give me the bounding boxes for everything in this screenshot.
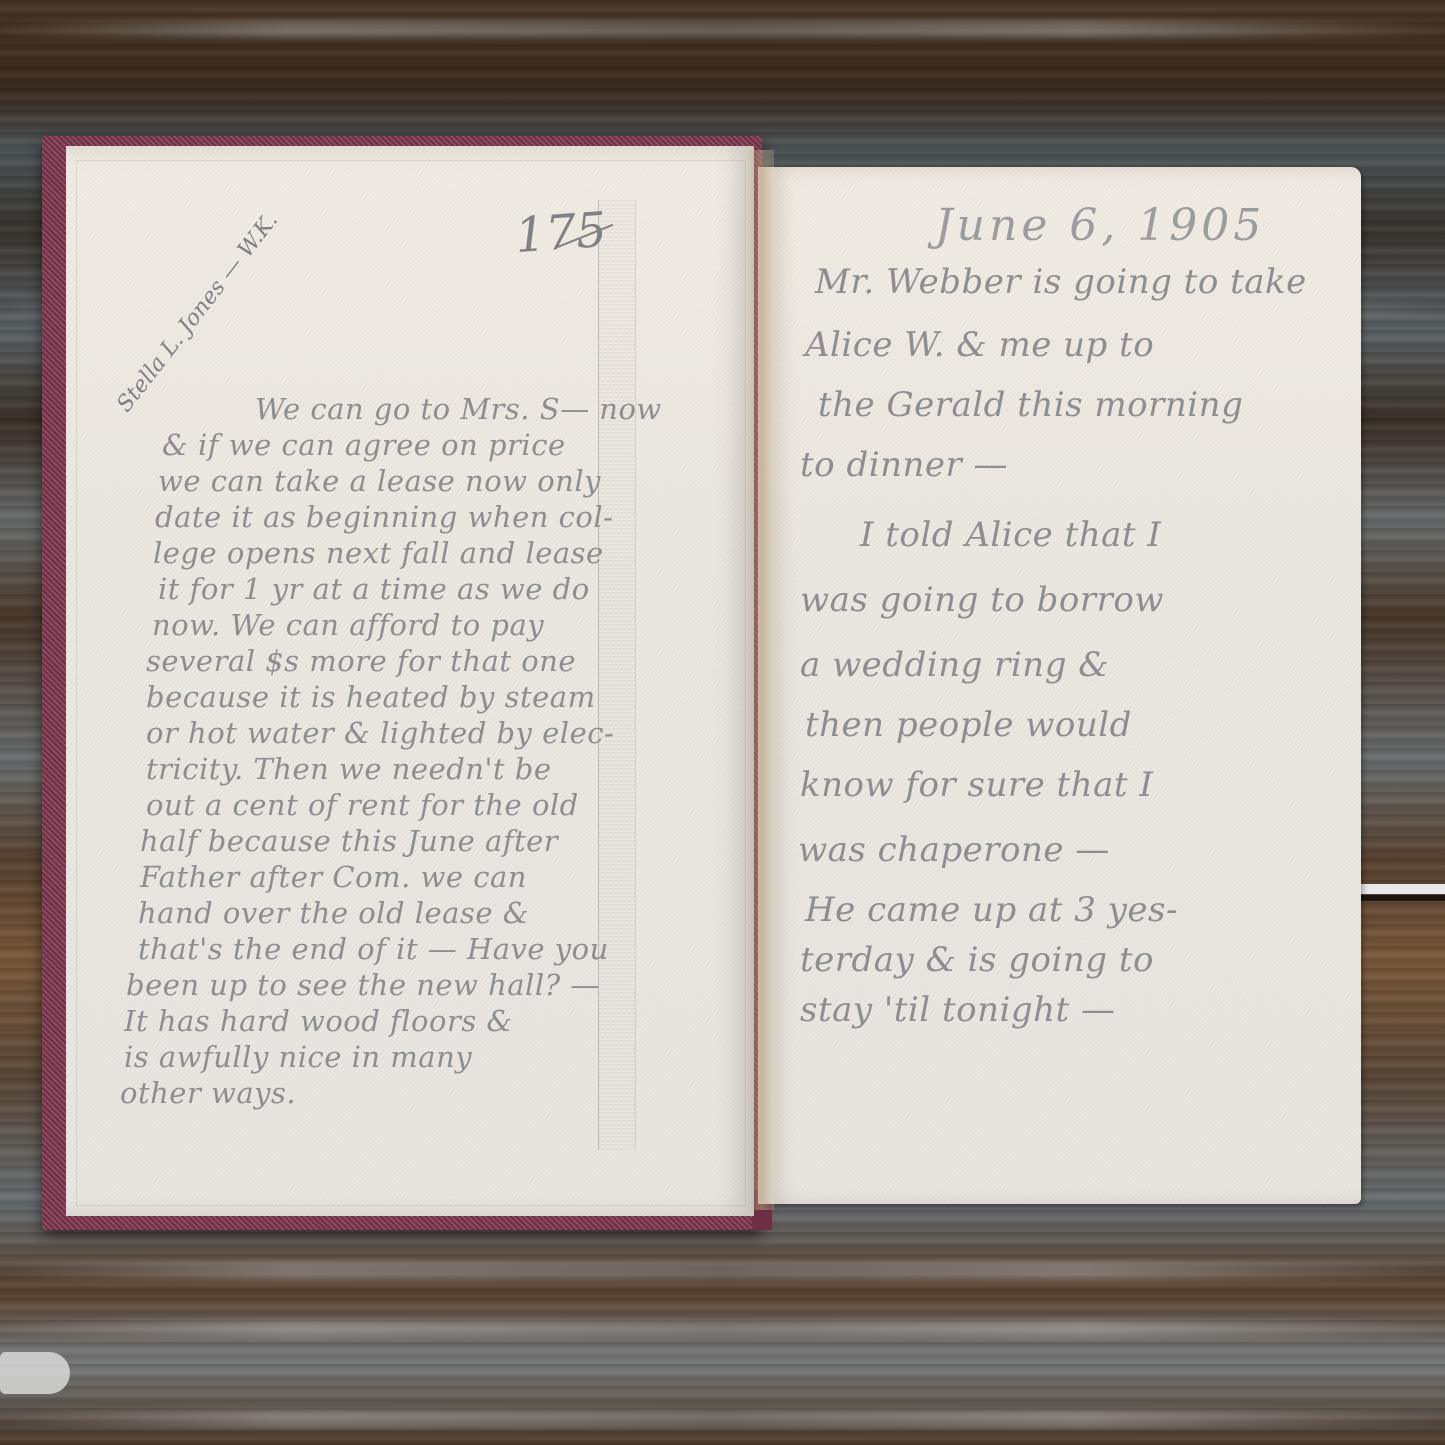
plank-edge — [1360, 884, 1445, 894]
handwritten-line: We can go to Mrs. S— now — [255, 392, 662, 426]
handwritten-line: several $s more for that one — [146, 644, 576, 678]
handwritten-line: was chaperone — — [798, 830, 1110, 870]
wood-knot — [0, 1352, 70, 1394]
wood-grain — [0, 1410, 1445, 1428]
handwritten-line: then people would — [805, 705, 1132, 745]
handwritten-line: the Gerald this morning — [818, 385, 1243, 425]
entry-date: June 6, 1905 — [935, 200, 1265, 251]
handwritten-line: Father after Com. we can — [140, 860, 527, 894]
handwritten-line: or hot water & lighted by elec- — [146, 716, 614, 750]
wood-grain — [0, 20, 1445, 38]
handwritten-line: terday & is going to — [800, 940, 1154, 980]
handwritten-line: & if we can agree on price — [162, 428, 566, 462]
plank-gap — [1360, 895, 1445, 901]
hinge-strip — [598, 200, 636, 1150]
handwritten-line: been up to see the new hall? — — [126, 968, 600, 1002]
handwritten-line: was going to borrow — [800, 580, 1164, 620]
handwritten-line: date it as beginning when col- — [155, 500, 613, 534]
handwritten-line: tricity. Then we needn't be — [146, 752, 552, 786]
handwritten-line: It has hard wood floors & — [124, 1004, 513, 1038]
handwritten-line: hand over the old lease & — [138, 896, 529, 930]
handwritten-line: it for 1 yr at a time as we do — [158, 572, 590, 606]
right-endpaper — [758, 167, 1361, 1204]
handwritten-line: Alice W. & me up to — [805, 325, 1154, 365]
handwritten-line: know for sure that I — [800, 765, 1153, 805]
handwritten-line: out a cent of rent for the old — [146, 788, 579, 822]
handwritten-line: half because this June after — [140, 824, 558, 858]
handwritten-line: other ways. — [120, 1076, 296, 1110]
handwritten-line: that's the end of it — Have you — [138, 932, 609, 966]
handwritten-line: to dinner — — [800, 445, 1008, 485]
handwritten-line: lege opens next fall and lease — [153, 536, 604, 570]
handwritten-line: we can take a lease now only — [158, 464, 601, 498]
handwritten-line: is awfully nice in many — [124, 1040, 472, 1074]
gutter — [748, 150, 774, 1210]
handwritten-line: now. We can afford to pay — [152, 608, 544, 642]
handwritten-line: stay 'til tonight — — [800, 990, 1116, 1030]
handwritten-line: because it is heated by steam — [146, 680, 596, 714]
wood-grain — [0, 1320, 1445, 1338]
handwritten-line: I told Alice that I — [860, 515, 1161, 555]
wood-grain — [0, 1262, 1445, 1280]
handwritten-line: Mr. Webber is going to take — [815, 262, 1307, 302]
handwritten-line: He came up at 3 yes- — [805, 890, 1178, 930]
handwritten-line: a wedding ring & — [800, 645, 1109, 685]
